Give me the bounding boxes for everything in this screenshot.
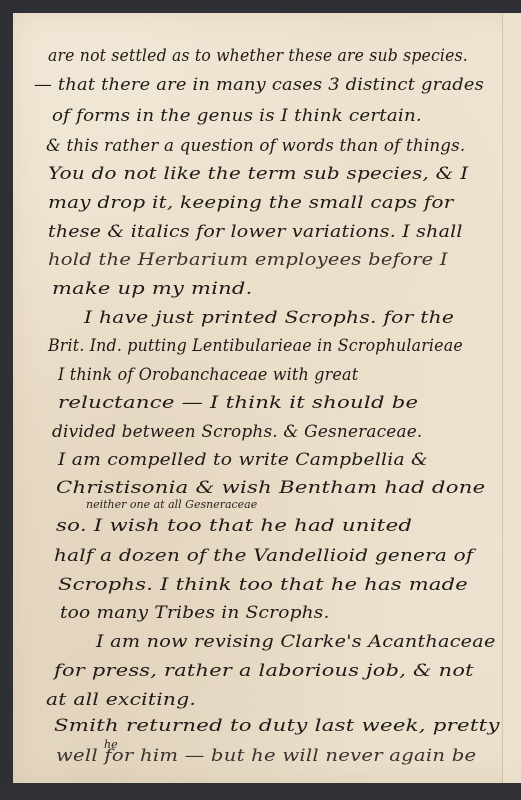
text-line-15: I am compelled to write Campbellia & xyxy=(58,450,428,470)
text-line-18: half a dozen of the Vandellioid genera o… xyxy=(54,546,474,566)
text-line-6: may drop it, keeping the small caps for xyxy=(48,193,454,213)
text-line-12: I think of Orobanchaceae with great xyxy=(58,365,358,385)
text-line-14: divided between Scrophs. & Gesneraceae. xyxy=(52,422,422,442)
text-line-9: make up my mind. xyxy=(52,279,253,299)
text-line-11: Brit. Ind. putting Lentibularieae in Scr… xyxy=(48,336,463,356)
interlinear-insertion: neither one at all Gesneraceae xyxy=(86,498,257,511)
text-line-16: Christisonia & wish Bentham had done xyxy=(56,478,485,498)
text-line-3: of forms in the genus is I think certain… xyxy=(52,106,422,126)
text-line-19: Scrophs. I think too that he has made xyxy=(58,575,468,595)
text-line-22: for press, rather a laborious job, & not xyxy=(54,661,474,681)
text-line-13: reluctance — I think it should be xyxy=(58,393,418,413)
text-line-21: I am now revising Clarke's Acanthaceae xyxy=(96,632,496,652)
text-line-1: are not settled as to whether these are … xyxy=(48,46,468,66)
text-line-7: these & italics for lower variations. I … xyxy=(48,222,463,242)
text-line-2: — that there are in many cases 3 distinc… xyxy=(34,75,484,95)
text-line-4: & this rather a question of words than o… xyxy=(46,136,465,156)
text-line-25: well for him — but he will never again b… xyxy=(56,746,476,766)
page-fold-line xyxy=(502,13,503,783)
text-line-23: at all exciting. xyxy=(46,690,196,710)
text-line-24: Smith returned to duty last week, pretty xyxy=(54,716,500,736)
text-line-20: too many Tribes in Scrophs. xyxy=(60,603,330,623)
text-line-5: You do not like the term sub species, & … xyxy=(48,164,468,184)
scan-background-bottom xyxy=(0,783,521,800)
text-line-17: so. I wish too that he had united xyxy=(56,516,412,536)
page-margin-right xyxy=(503,13,521,783)
text-line-10: I have just printed Scrophs. for the xyxy=(84,308,454,328)
text-line-8: hold the Herbarium employees before I xyxy=(48,250,448,270)
